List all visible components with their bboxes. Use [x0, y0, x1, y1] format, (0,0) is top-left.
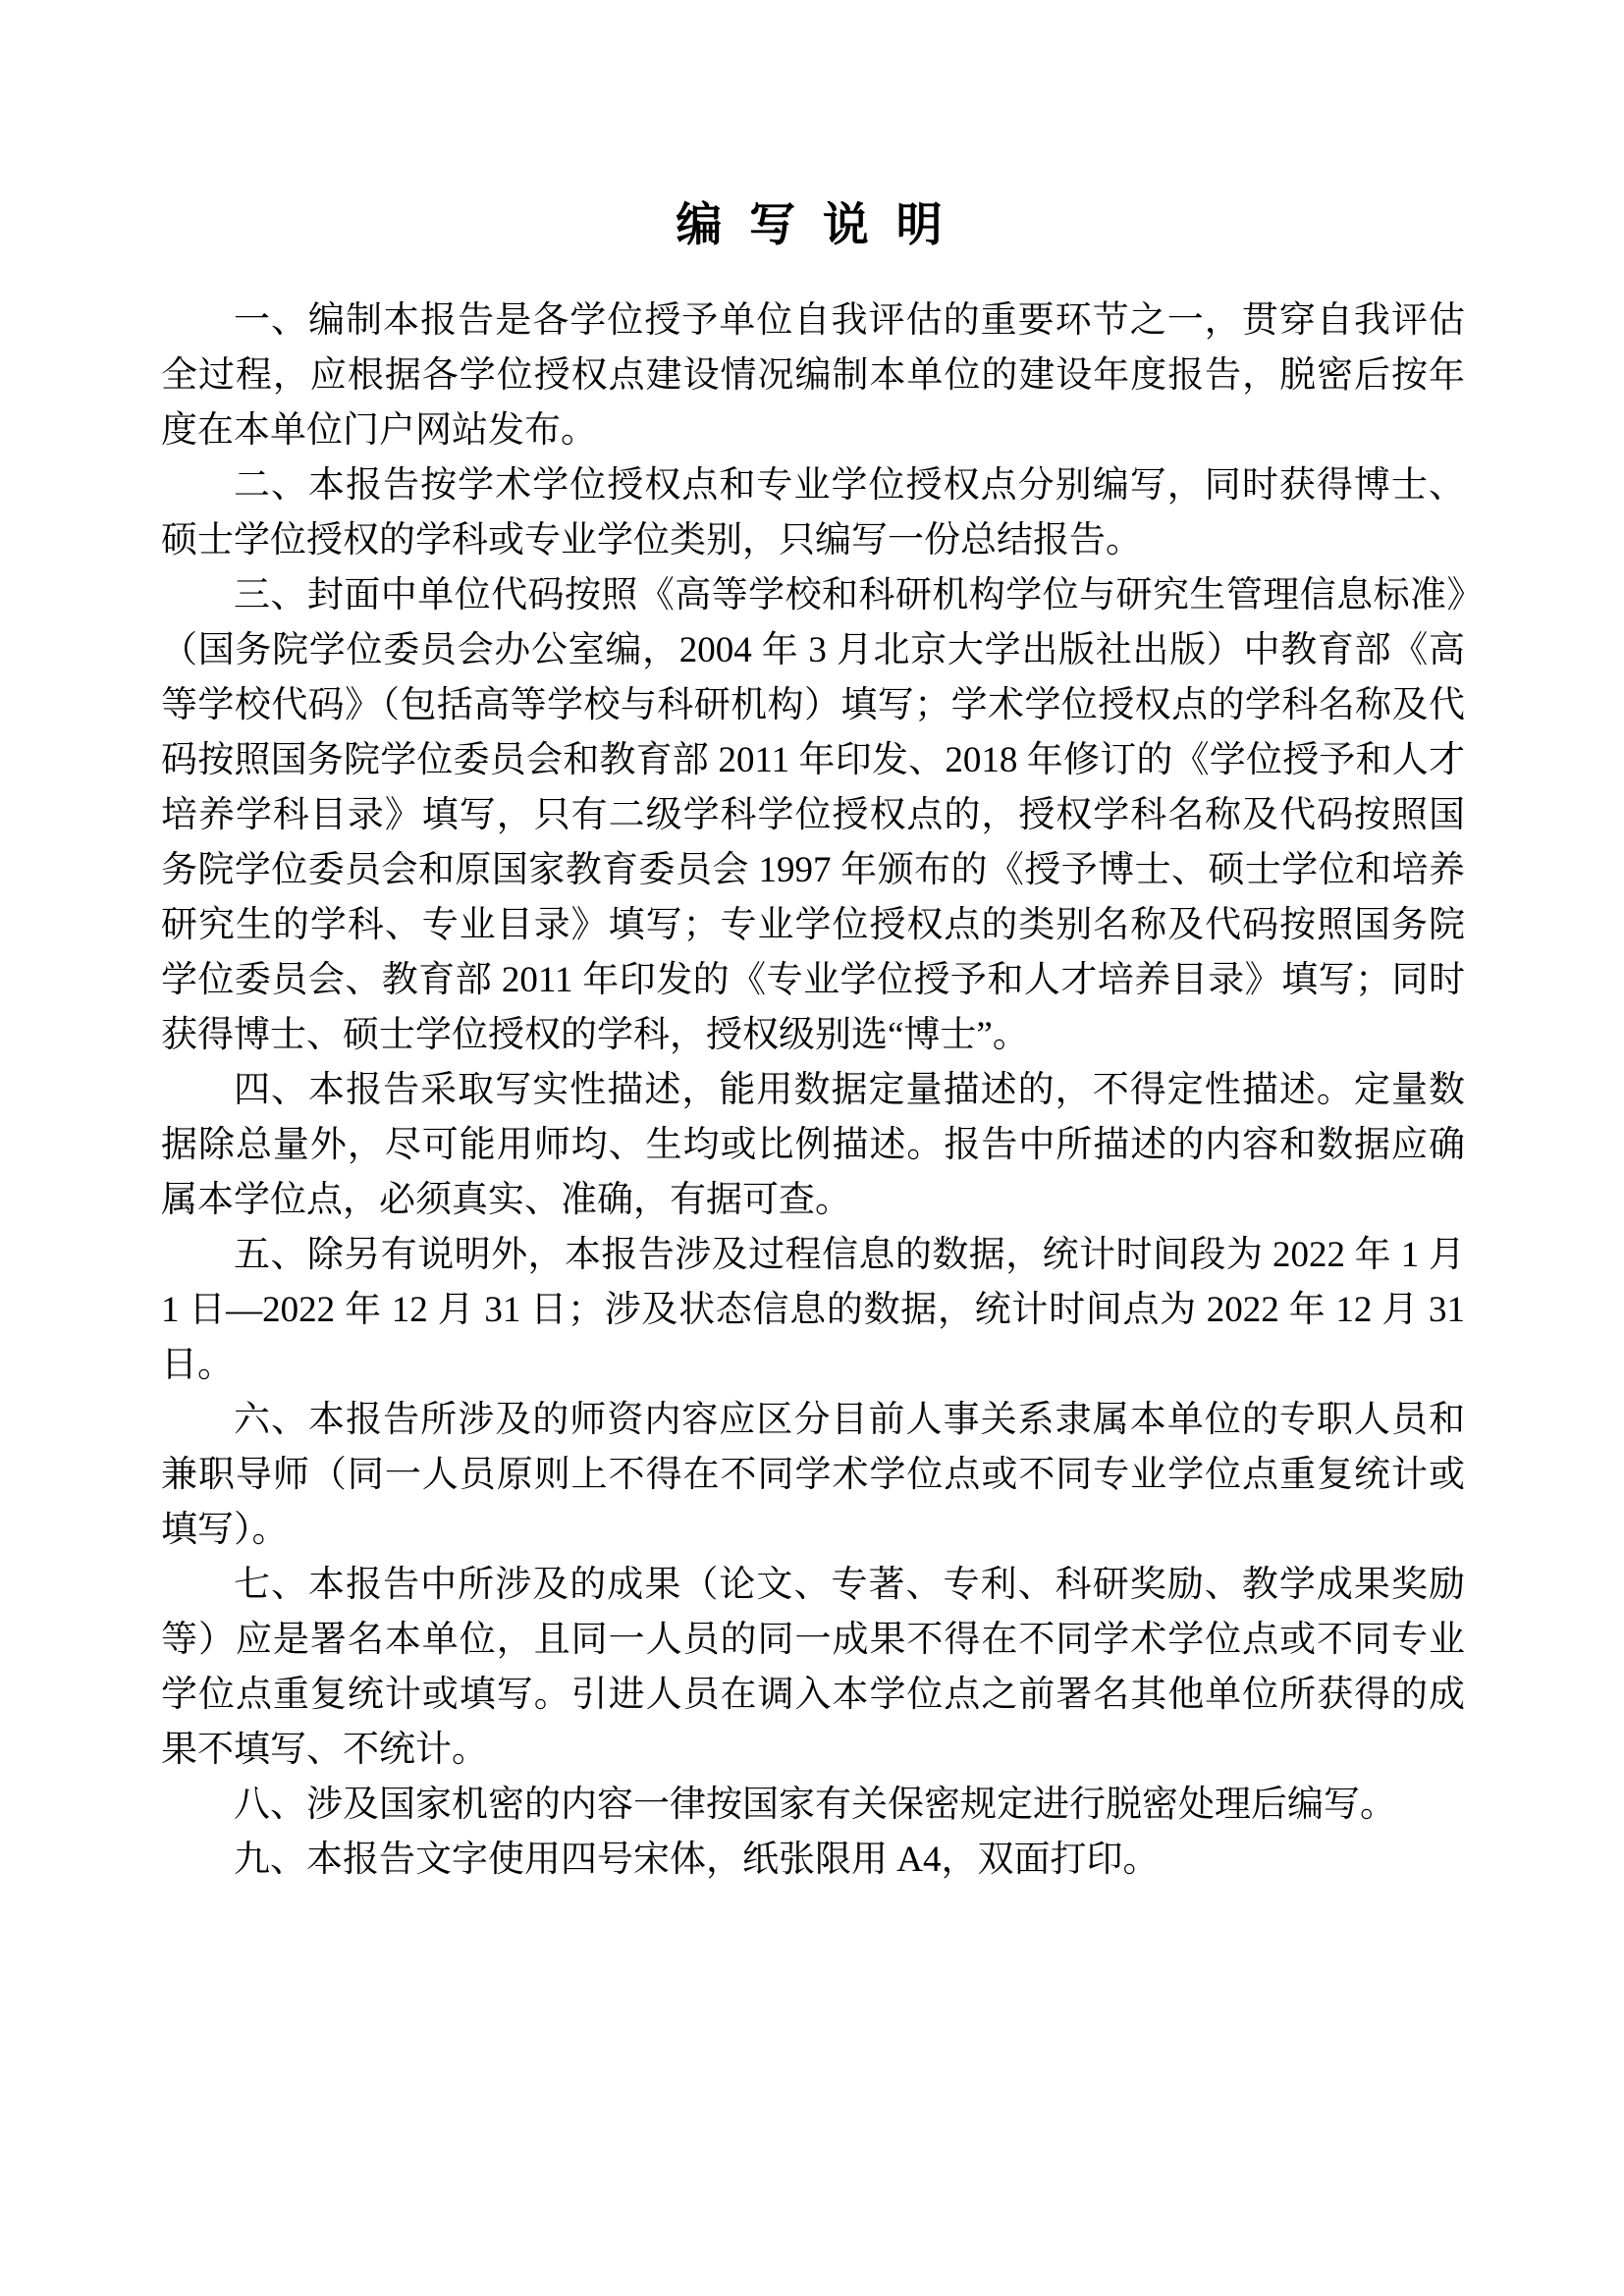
instruction-paragraph-9: 九、本报告文字使用四号宋体，纸张限用 A4，双面打印。: [161, 1833, 1465, 1888]
instruction-paragraph-6: 六、本报告所涉及的师资内容应区分目前人事关系隶属本单位的专职人员和兼职导师（同一…: [161, 1393, 1465, 1558]
document-body: 一、编制本报告是各学位授予单位自我评估的重要环节之一，贯穿自我评估全过程，应根据…: [161, 294, 1465, 1888]
instruction-paragraph-5: 五、除另有说明外，本报告涉及过程信息的数据，统计时间段为 2022 年 1 月 …: [161, 1228, 1465, 1393]
instruction-paragraph-4: 四、本报告采取写实性描述，能用数据定量描述的，不得定性描述。定量数据除总量外，尽…: [161, 1063, 1465, 1228]
instruction-paragraph-7: 七、本报告中所涉及的成果（论文、专著、专利、科研奖励、教学成果奖励等）应是署名本…: [161, 1558, 1465, 1778]
instruction-paragraph-3: 三、封面中单位代码按照《高等学校和科研机构学位与研究生管理信息标准》（国务院学位…: [161, 568, 1465, 1063]
instruction-paragraph-8: 八、涉及国家机密的内容一律按国家有关保密规定进行脱密处理后编写。: [161, 1778, 1465, 1833]
instruction-paragraph-2: 二、本报告按学术学位授权点和专业学位授权点分别编写，同时获得博士、硕士学位授权的…: [161, 458, 1465, 568]
instruction-paragraph-1: 一、编制本报告是各学位授予单位自我评估的重要环节之一，贯穿自我评估全过程，应根据…: [161, 294, 1465, 458]
document-page: 编 写 说 明 一、编制本报告是各学位授予单位自我评估的重要环节之一，贯穿自我评…: [0, 0, 1624, 2296]
document-title: 编 写 说 明: [161, 188, 1465, 254]
